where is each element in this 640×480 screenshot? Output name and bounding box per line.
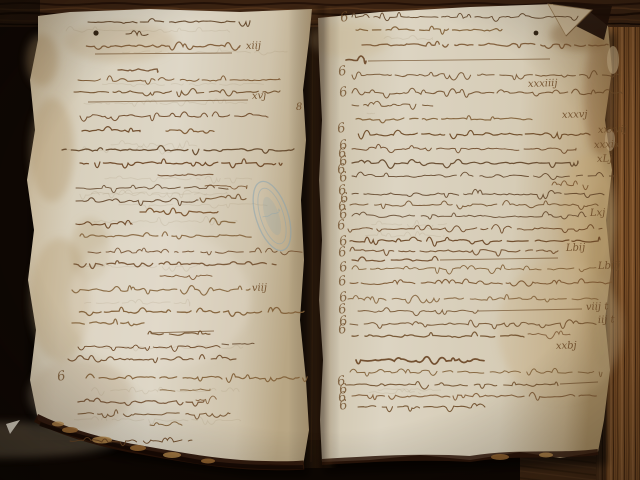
manuscript-canvas: xiijxvj8viij6 xxxiiijxxxvjxxxvijxxxixxLj… xyxy=(0,0,640,480)
photo-vignette xyxy=(0,0,640,480)
manuscript-photo: xiijxvj8viij6 xxxiiijxxxvjxxxvijxxxixxLj… xyxy=(0,0,640,480)
